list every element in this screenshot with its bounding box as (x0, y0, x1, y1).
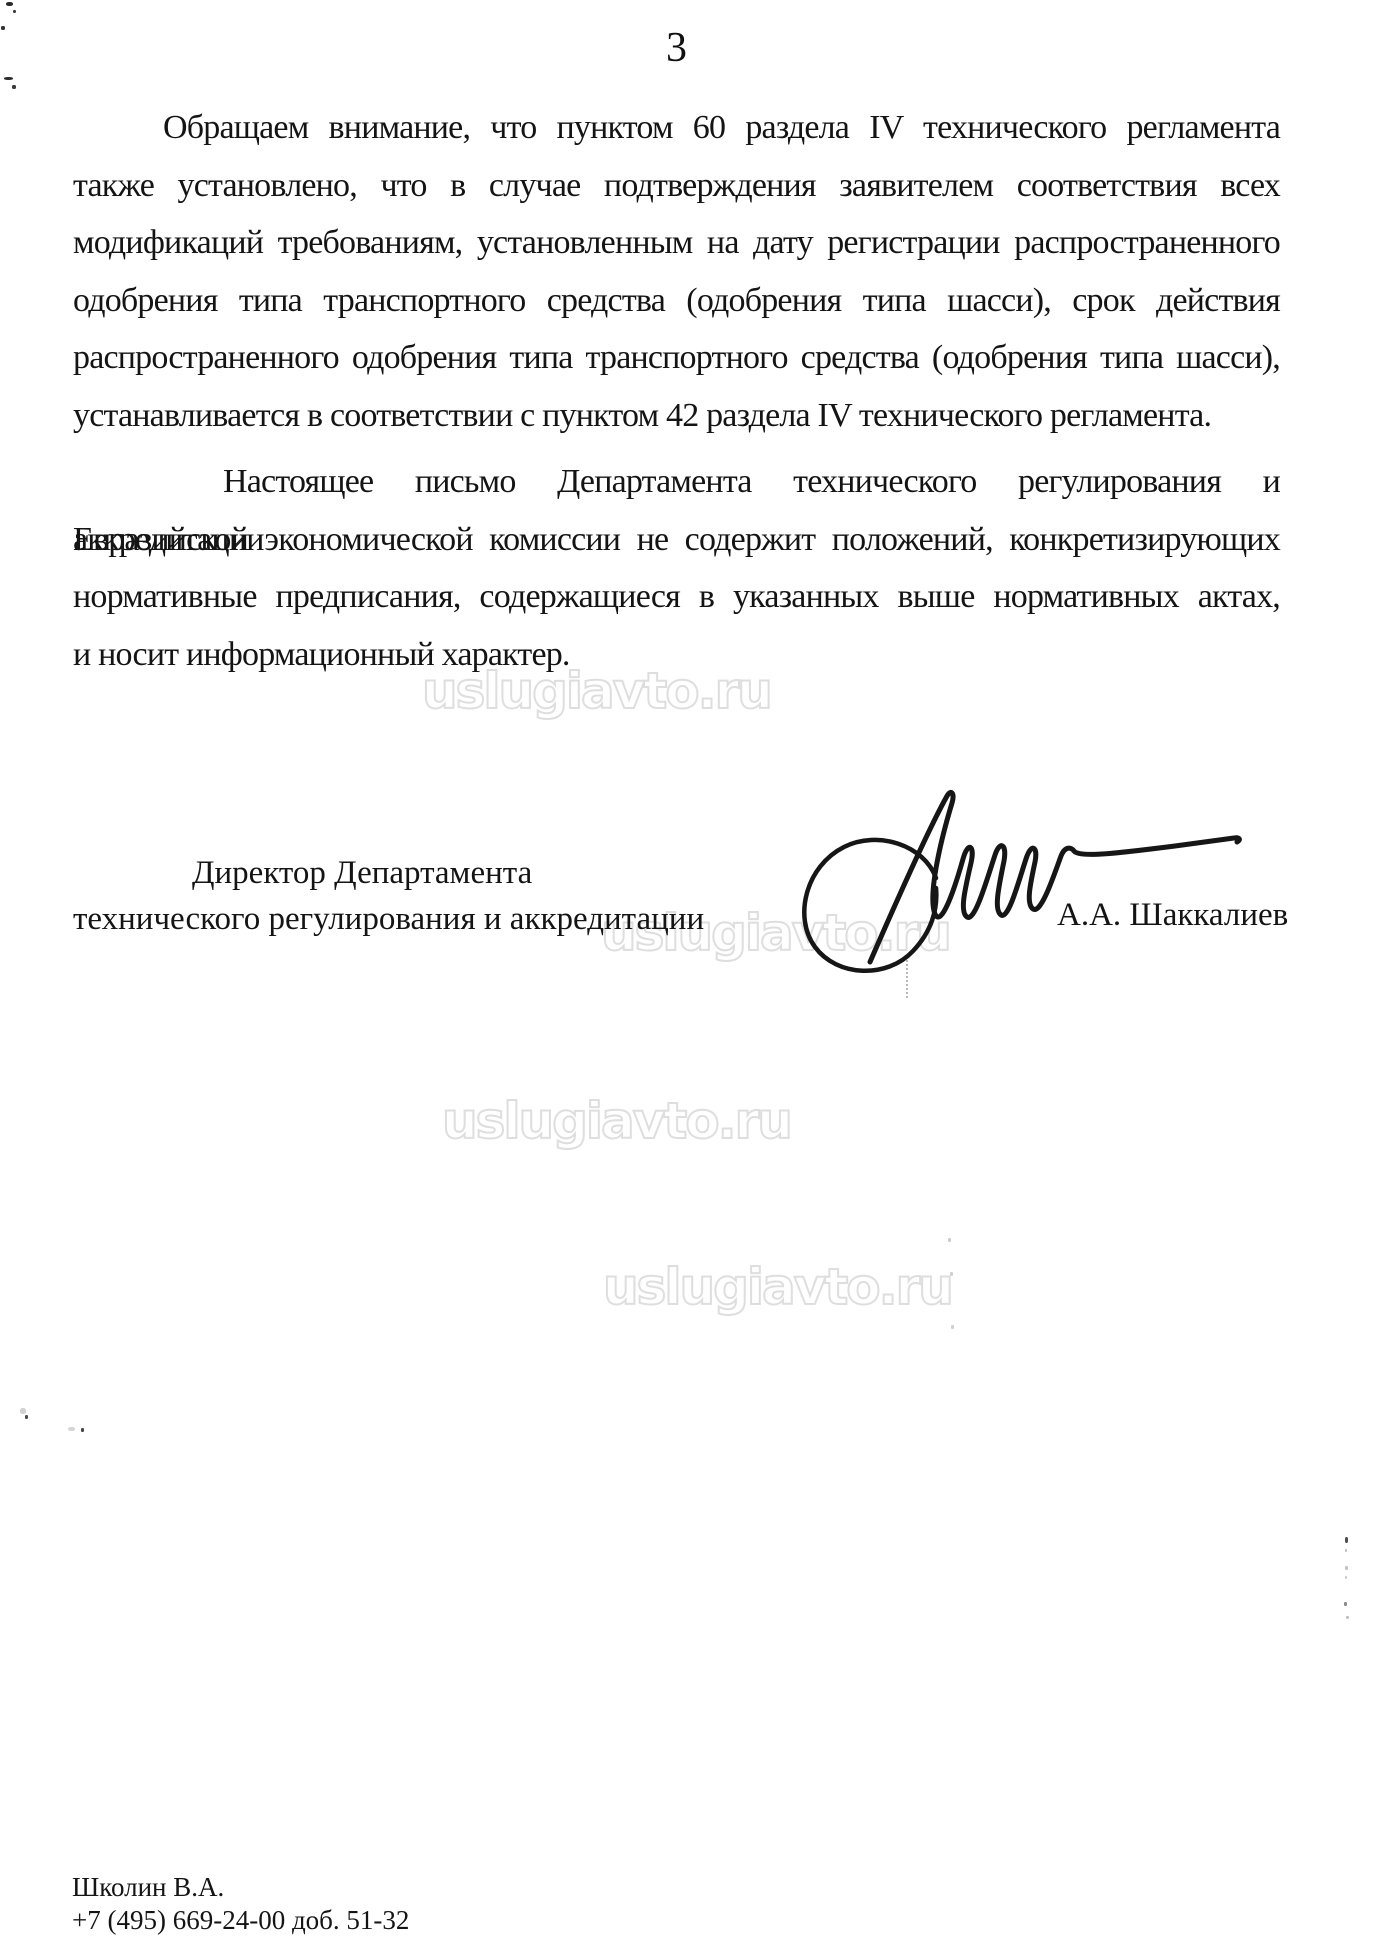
signer-title-line2: технического регулирования и аккредитаци… (73, 899, 704, 939)
page-number: 3 (73, 24, 1280, 72)
body-text-line: модификаций требованиям, установленным н… (73, 214, 1280, 272)
scan-speck (1345, 1566, 1348, 1570)
footer-contact: Школин В.А. +7 (495) 669-24-00 доб. 51-3… (72, 1871, 409, 1937)
scan-speck (68, 1427, 75, 1431)
scan-speck (1345, 1576, 1347, 1579)
scan-speck (951, 1325, 954, 1329)
scan-speck (6, 2, 13, 6)
body-text-line: также установлено, что в случае подтверж… (73, 157, 1280, 215)
letter-body: Обращаем внимание, что пунктом 60 раздел… (73, 99, 1280, 683)
scan-speck (1344, 1602, 1347, 1606)
watermark: uslugiavto.ru (442, 1096, 791, 1146)
scan-speck (950, 1272, 953, 1276)
scan-speck (1345, 1549, 1347, 1552)
body-text-line: и носит информационный характер. (73, 626, 1280, 684)
body-text-line: Евразийской экономической комиссии не со… (73, 511, 1280, 569)
body-text-line: Настоящее письмо Департамента техническо… (73, 453, 1280, 511)
body-text-line: Обращаем внимание, что пунктом 60 раздел… (73, 99, 1280, 157)
scan-speck (4, 77, 13, 80)
scan-speck (948, 1238, 951, 1242)
scanned-letter-page: 3 uslugiavto.ru uslugiavto.ru uslugiavto… (0, 0, 1373, 1945)
scan-speck (13, 10, 16, 13)
body-text-line: нормативные предписания, содержащиеся в … (73, 568, 1280, 626)
footer-phone: +7 (495) 669-24-00 доб. 51-32 (72, 1904, 409, 1937)
handwritten-signature (780, 772, 1250, 1002)
scan-speck (1346, 1616, 1349, 1619)
footer-contact-name: Школин В.А. (72, 1871, 409, 1904)
scan-speck (25, 1415, 28, 1419)
scan-speck (1345, 1537, 1348, 1543)
body-text-line: распространенного одобрения типа транспо… (73, 329, 1280, 387)
paragraph: Обращаем внимание, что пунктом 60 раздел… (73, 99, 1280, 444)
watermark: uslugiavto.ru (603, 1262, 952, 1312)
body-text-line: устанавливается в соответствии с пунктом… (73, 387, 1280, 445)
signer-title-line1: Директор Департамента (192, 853, 532, 893)
scan-speck (1, 26, 5, 30)
scan-speck (20, 1408, 26, 1414)
scan-speck (12, 85, 16, 89)
scan-speck (81, 1428, 84, 1432)
body-text-line: одобрения типа транспортного средства (о… (73, 272, 1280, 330)
paragraph: Настоящее письмо Департамента техническо… (73, 453, 1280, 683)
